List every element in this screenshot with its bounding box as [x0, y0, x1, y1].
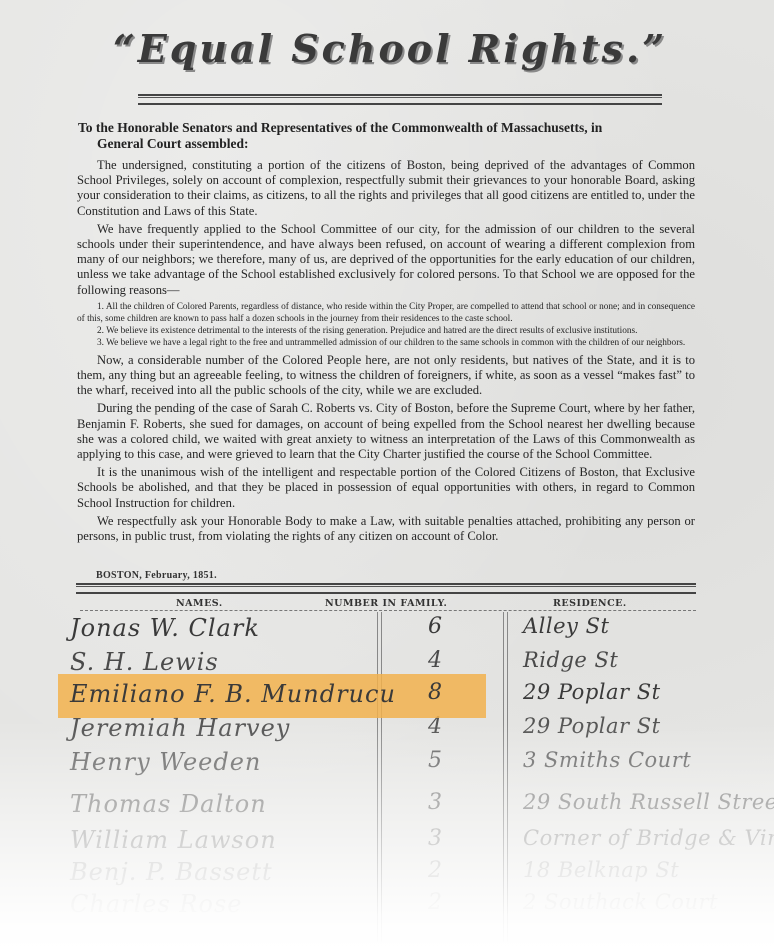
table-row: Emiliano F. B. Mundrucu829 Poplar St: [0, 680, 774, 710]
paragraph-natives: Now, a considerable number of the Colore…: [77, 353, 695, 399]
reason-2: 2. We believe its existence detrimental …: [77, 325, 695, 337]
signer-name: Jeremiah Harvey: [70, 714, 290, 742]
table-row: Benj. P. Bassett218 Belknap St: [0, 858, 774, 888]
dateline: BOSTON, February, 1851.: [96, 570, 217, 581]
table-row: Thomas Dalton329 South Russell Street: [0, 790, 774, 820]
reason-3: 3. We believe we have a legal right to t…: [77, 337, 695, 349]
residence: 18 Belknap St: [523, 858, 679, 882]
document-title: “Equal School Rights.”: [100, 26, 680, 71]
residence: Corner of Bridge & Vine Street: [523, 826, 774, 850]
petition-document: “Equal School Rights.” To the Honorable …: [0, 0, 774, 951]
table-row: Jeremiah Harvey429 Poplar St: [0, 714, 774, 744]
paragraph-unanimous-wish: It is the unanimous wish of the intellig…: [77, 465, 695, 511]
address-line-1: To the Honorable Senators and Representa…: [78, 120, 602, 135]
family-count: 2: [420, 858, 450, 883]
signer-name: Henry Weeden: [70, 748, 261, 776]
signer-name: Charles Rose: [70, 890, 242, 918]
signer-name: Thomas Dalton: [70, 790, 267, 818]
residence: 29 Poplar St: [523, 714, 661, 738]
table-row: Jonas W. Clark6Alley St: [0, 614, 774, 644]
family-count: 3: [420, 826, 450, 851]
column-header-number: NUMBER IN FAMILY.: [325, 598, 447, 609]
residence: Ridge St: [523, 648, 618, 672]
paragraph-request: We respectfully ask your Honorable Body …: [77, 514, 695, 544]
paragraph-roberts-case: During the pending of the case of Sarah …: [77, 401, 695, 462]
family-count: 4: [420, 648, 450, 673]
table-row: Henry Weeden53 Smiths Court: [0, 748, 774, 778]
family-count: 8: [420, 680, 450, 705]
signer-name: William Lawson: [70, 826, 277, 854]
signer-name: Jonas W. Clark: [70, 614, 260, 642]
column-header-names: NAMES.: [176, 598, 223, 609]
residence: 2 Southack Court: [523, 890, 718, 914]
address-heading: To the Honorable Senators and Representa…: [78, 120, 698, 152]
table-row: Charles Rose22 Southack Court: [0, 890, 774, 920]
residence: 29 Poplar St: [523, 680, 661, 704]
residence: 29 South Russell Street: [523, 790, 774, 814]
family-count: 2: [420, 890, 450, 915]
residence: 3 Smiths Court: [523, 748, 691, 772]
signer-name: S. H. Lewis: [70, 648, 219, 676]
signer-name: Benj. P. Bassett: [70, 858, 273, 886]
family-count: 5: [420, 748, 450, 773]
column-header-residence: RESIDENCE.: [553, 598, 627, 609]
signer-name: Emiliano F. B. Mundrucu: [70, 680, 396, 708]
paragraph-applied: We have frequently applied to the School…: [77, 222, 695, 298]
family-count: 3: [420, 790, 450, 815]
paragraph-intro: The undersigned, constituting a portion …: [77, 158, 695, 219]
petition-body: The undersigned, constituting a portion …: [77, 158, 695, 547]
table-top-divider: [76, 583, 696, 594]
address-line-2: General Court assembled:: [78, 136, 698, 152]
reason-1: 1. All the children of Colored Parents, …: [77, 301, 695, 325]
residence: Alley St: [523, 614, 609, 638]
table-row: William Lawson3Corner of Bridge & Vine S…: [0, 826, 774, 856]
title-divider: [138, 94, 662, 105]
family-count: 6: [420, 614, 450, 639]
